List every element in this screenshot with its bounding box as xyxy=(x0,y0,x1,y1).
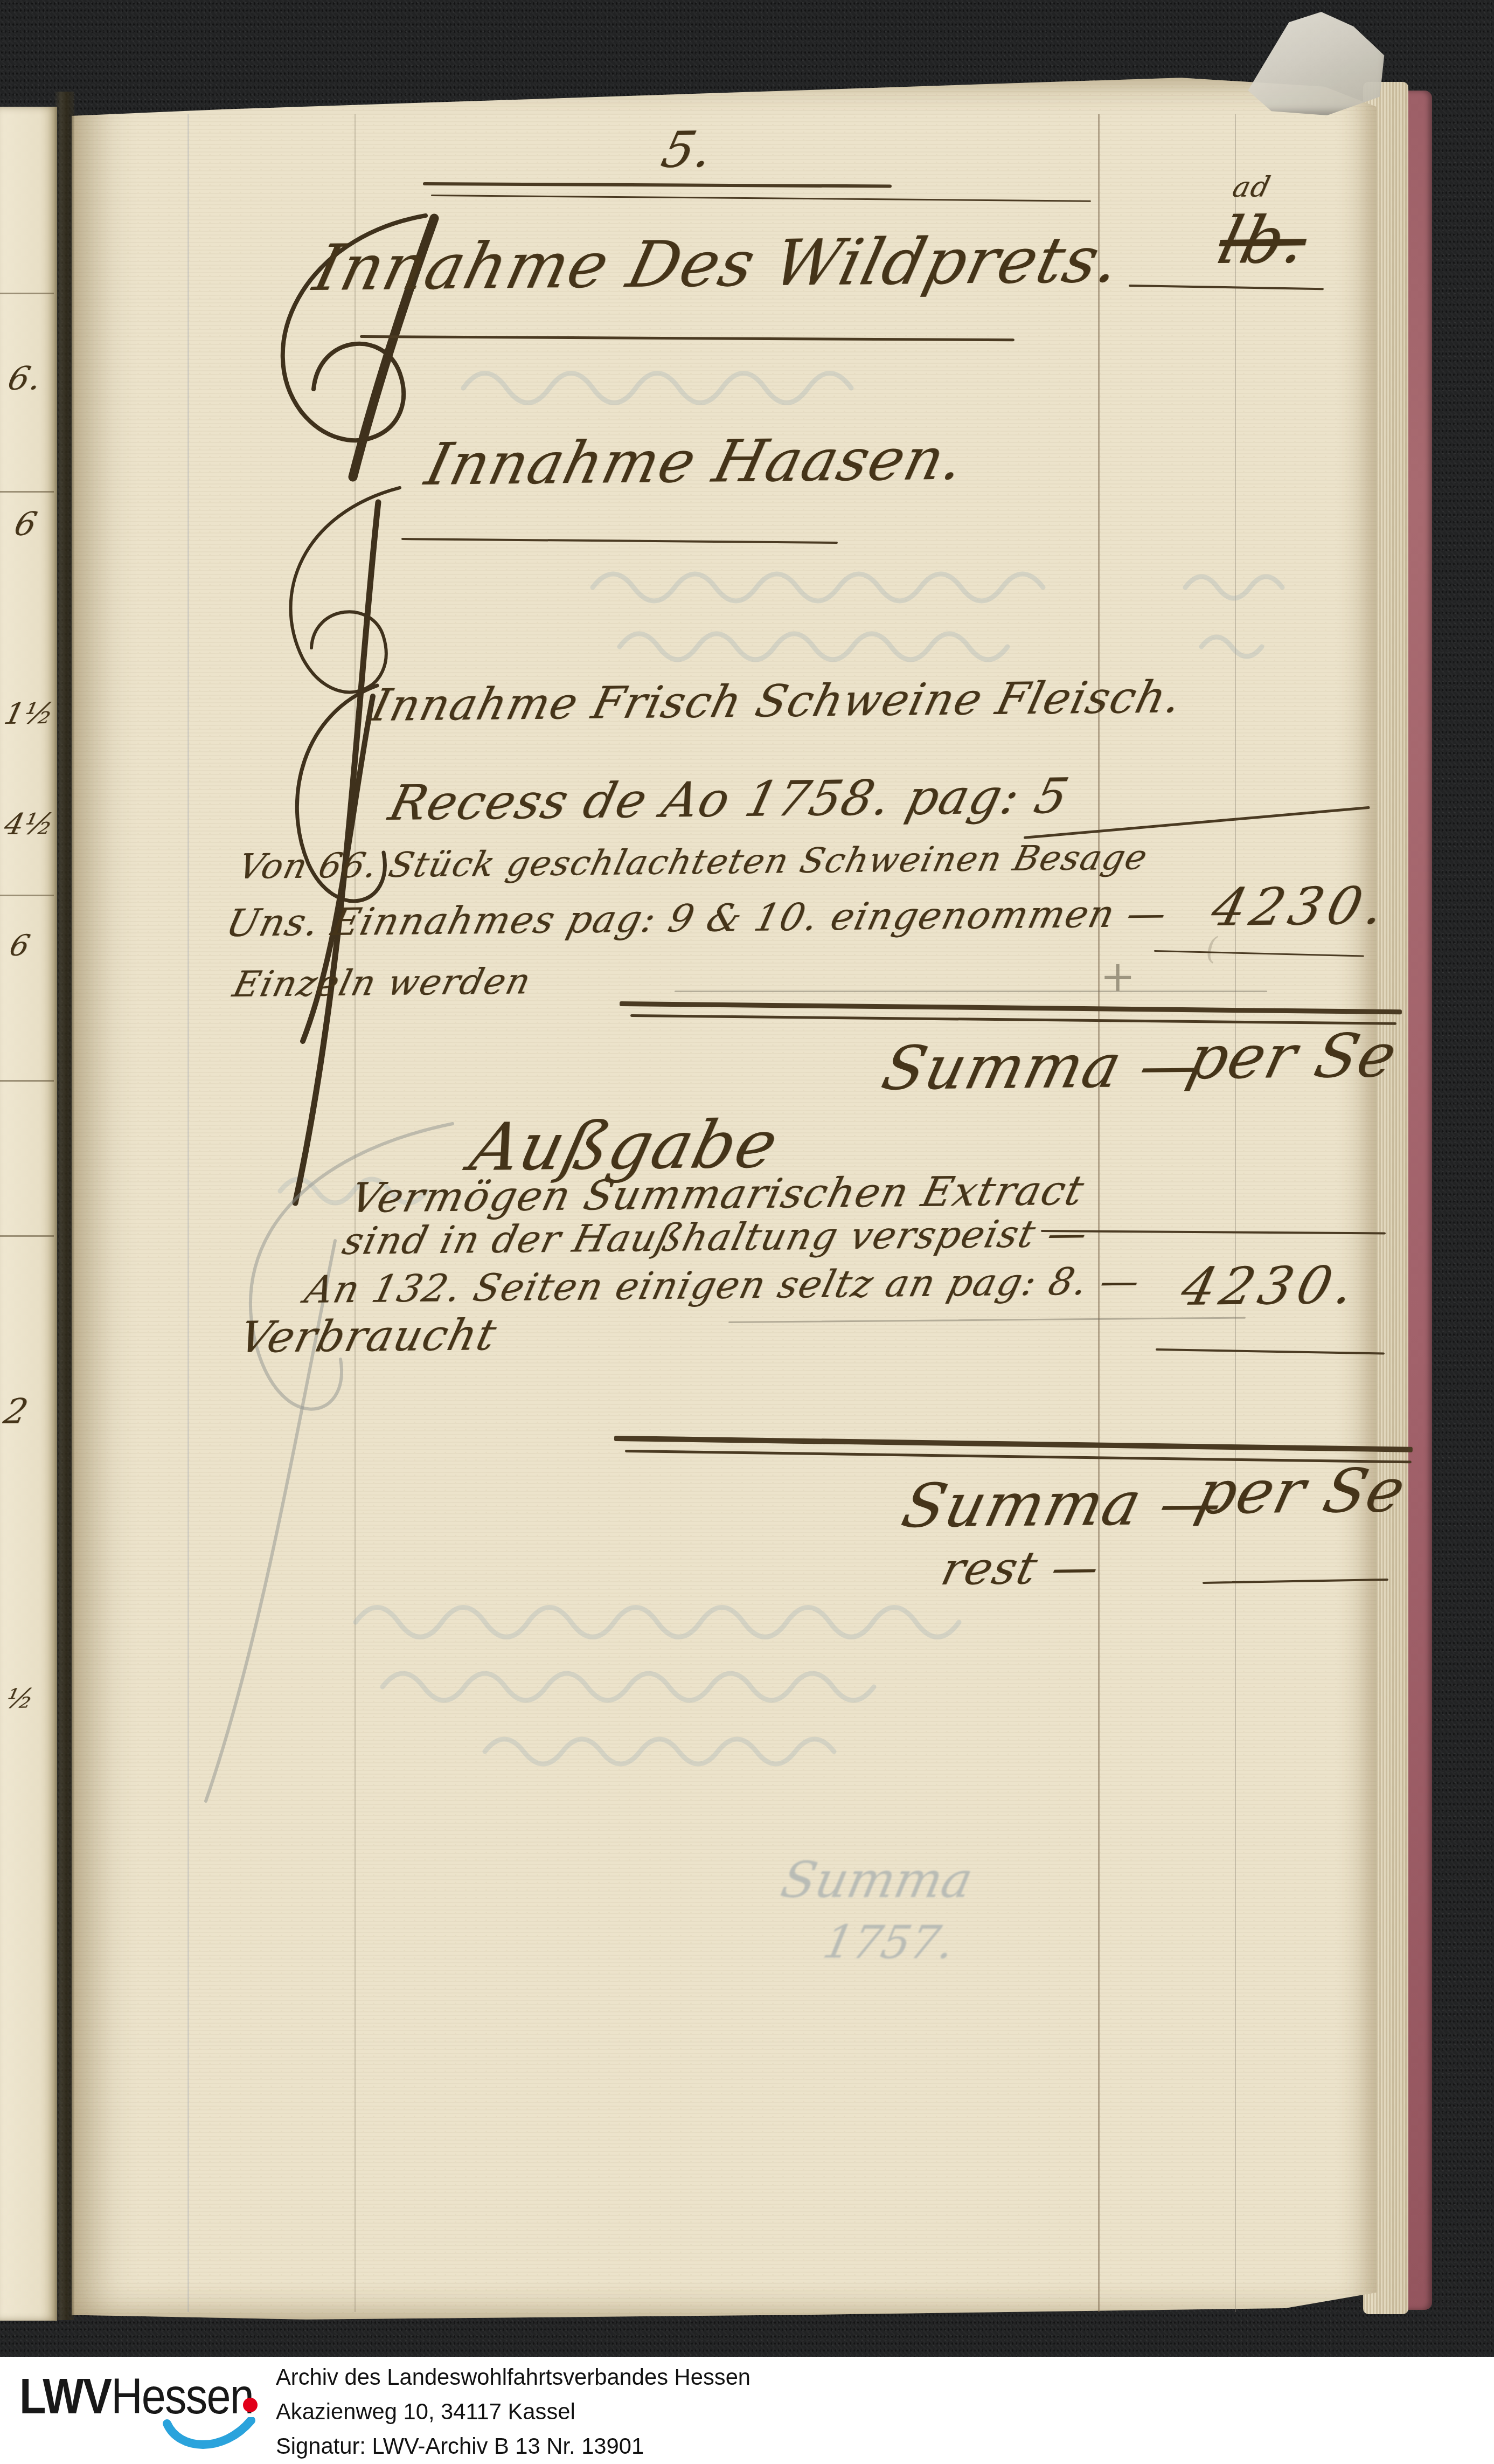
summa2-label: Summa — xyxy=(895,1468,1231,1541)
ghost-summa-text: Summa xyxy=(776,1851,978,1909)
section-heading-wildpret: Innahme Des Wildprets. xyxy=(307,222,1129,305)
logo-blue-swoosh xyxy=(161,2417,258,2460)
summa-label: Summa — xyxy=(875,1030,1211,1104)
logo-red-dot xyxy=(243,2398,258,2412)
amount-ausgabe: 4230. xyxy=(1176,1255,1365,1317)
entry-line-ausgabe-3: An 132. Seiten einigen seltz an pag: 8. … xyxy=(301,1259,1145,1312)
summa-pencil-line xyxy=(675,991,1267,992)
ghost-year-text: 1757. xyxy=(819,1916,960,1969)
summa-value: per Se xyxy=(1181,1021,1404,1093)
scanned-book-page: 6. 6 1½ 4½ 6 2 ½ xyxy=(0,0,1494,2464)
logo-text-bold: LWV xyxy=(19,2369,111,2424)
section-heading-haasen: Innahme Haasen. xyxy=(419,426,971,499)
rest-label: rest — xyxy=(936,1541,1106,1595)
entry-line-recess: Recess de Ao 1758. pag: 5 xyxy=(384,768,1075,832)
section-heading-schweine: Innahme Frisch Schweine Fleisch. xyxy=(366,672,1187,731)
amount-column-unit-small: ad xyxy=(1229,171,1274,204)
pencil-paren-mark: ( xyxy=(1206,931,1218,966)
summa2-value: per Se xyxy=(1190,1456,1413,1528)
footer-archive-name: Archiv des Landeswohlfahrtsverbandes Hes… xyxy=(276,2364,751,2391)
footer-signature: Signatur: LWV-Archiv B 13 Nr. 13901 xyxy=(276,2433,644,2460)
entry-line-schweine-3: Einzeln werden xyxy=(229,960,536,1005)
footer-address: Akazienweg 10, 34117 Kassel xyxy=(276,2399,575,2425)
entry-line-ausgabe-4: Verbraucht xyxy=(234,1310,502,1362)
archive-footer: LWVHessen Archiv des Landeswohlfahrtsver… xyxy=(0,2357,1494,2464)
entry-line-ausgabe-2: sind in der Haußhaltung verspeist — xyxy=(338,1212,1093,1263)
pencil-plus-mark: + xyxy=(1100,953,1135,1001)
logo-text-light: Hessen xyxy=(111,2369,253,2424)
pound-symbol: lb. xyxy=(1211,203,1315,279)
amount-innahme: 4230. xyxy=(1206,876,1395,938)
